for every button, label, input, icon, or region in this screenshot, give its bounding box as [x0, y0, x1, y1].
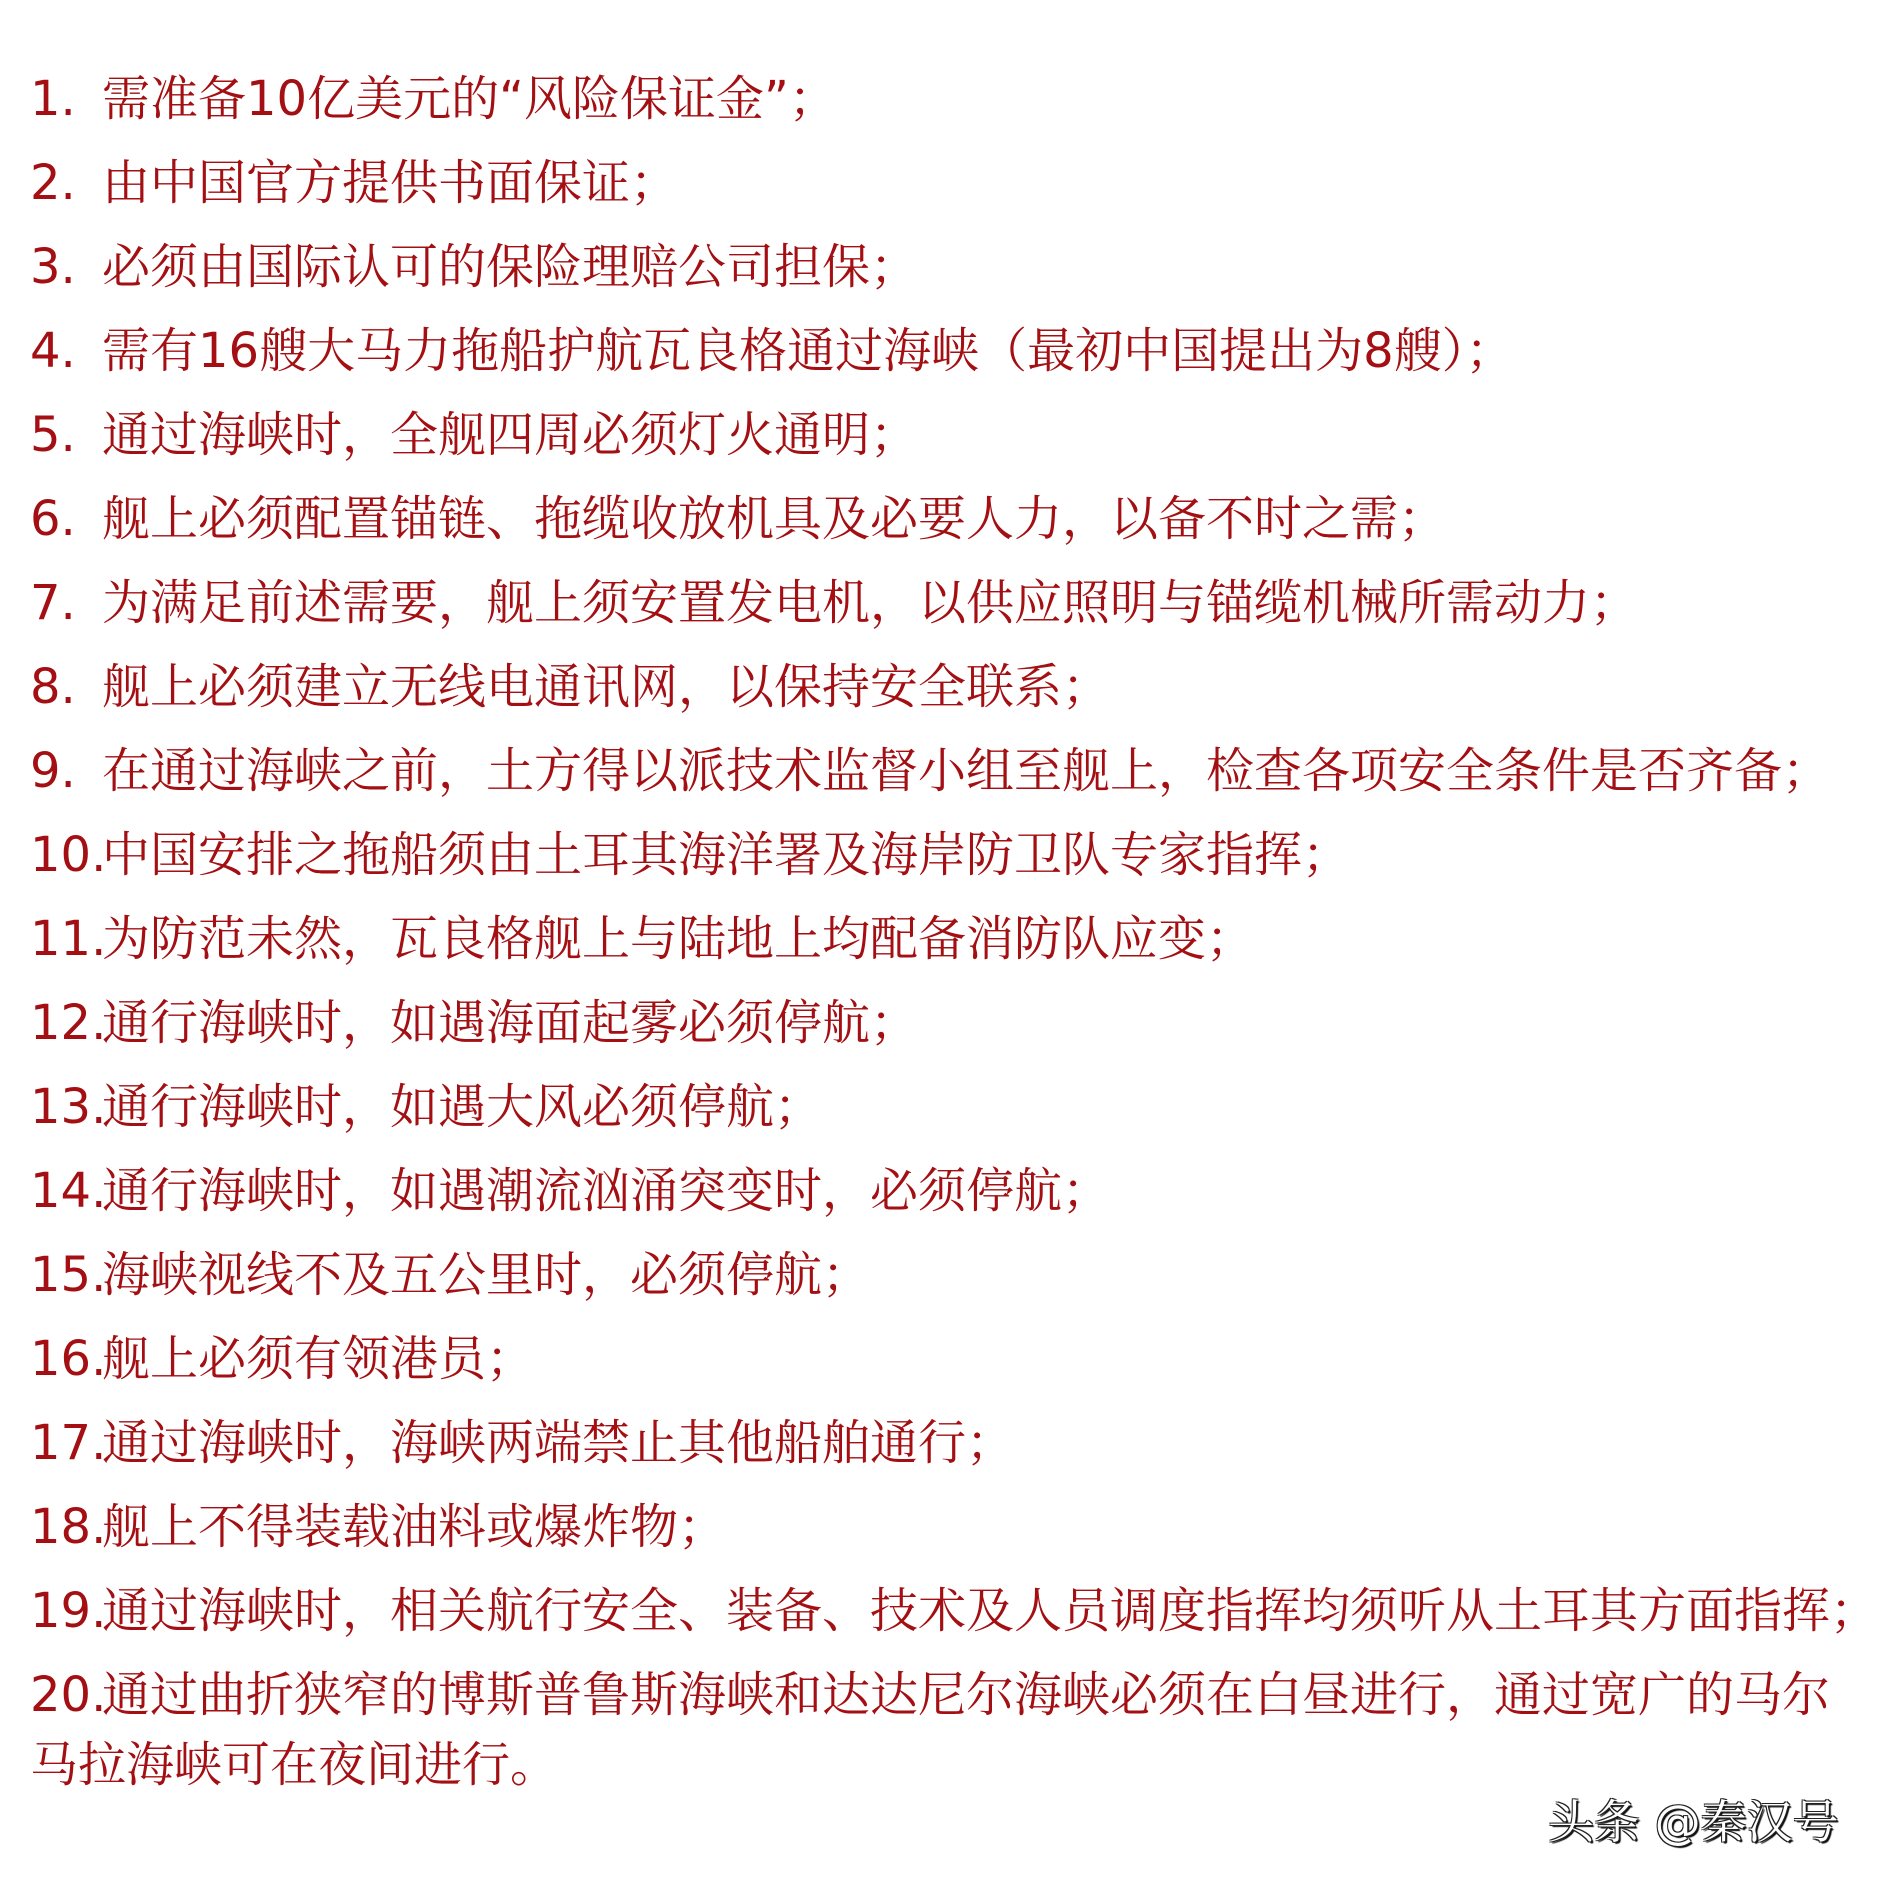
item-number: 7. — [30, 567, 102, 639]
list-item-3: 3.必须由国际认可的保险理赔公司担保； — [30, 231, 1870, 303]
item-number: 19. — [30, 1575, 102, 1647]
item-text: 通行海峡时，如遇大风必须停航； — [102, 1079, 822, 1135]
list-item-1: 1.需准备10亿美元的“风险保证金”； — [30, 63, 1870, 135]
item-number: 15. — [30, 1239, 102, 1311]
item-text-continuation: 马拉海峡可在夜间进行。 — [30, 1729, 1870, 1801]
item-text: 为满足前述需要，舰上须安置发电机，以供应照明与锚缆机械所需动力； — [102, 575, 1638, 631]
item-text: 舰上必须建立无线电通讯网，以保持安全联系； — [102, 659, 1110, 715]
item-number: 1. — [30, 63, 102, 135]
item-text: 通行海峡时，如遇海面起雾必须停航； — [102, 995, 918, 1051]
item-text: 通过曲折狭窄的博斯普鲁斯海峡和达达尼尔海峡必须在白昼进行，通过宽广的马尔 — [102, 1667, 1830, 1723]
item-text: 由中国官方提供书面保证； — [102, 155, 678, 211]
item-text: 海峡视线不及五公里时，必须停航； — [102, 1247, 870, 1303]
item-text: 通过海峡时，海峡两端禁止其他船舶通行； — [102, 1415, 1014, 1471]
item-number: 11. — [30, 903, 102, 975]
list-item-7: 7.为满足前述需要，舰上须安置发电机，以供应照明与锚缆机械所需动力； — [30, 567, 1870, 639]
list-item-8: 8.舰上必须建立无线电通讯网，以保持安全联系； — [30, 651, 1870, 723]
item-number: 10. — [30, 819, 102, 891]
item-number: 13. — [30, 1071, 102, 1143]
list-item-16: 16.舰上必须有领港员； — [30, 1323, 1870, 1395]
item-text: 舰上必须有领港员； — [102, 1331, 534, 1387]
item-number: 20. — [30, 1659, 102, 1731]
list-item-14: 14.通行海峡时，如遇潮流汹涌突变时，必须停航； — [30, 1155, 1870, 1227]
list-item-6: 6.舰上必须配置锚链、拖缆收放机具及必要人力，以备不时之需； — [30, 483, 1870, 555]
item-number: 2. — [30, 147, 102, 219]
item-number: 9. — [30, 735, 102, 807]
list-item-10: 10.中国安排之拖船须由土耳其海洋署及海岸防卫队专家指挥； — [30, 819, 1870, 891]
item-text: 舰上不得装载油料或爆炸物； — [102, 1499, 726, 1555]
list-item-13: 13.通行海峡时，如遇大风必须停航； — [30, 1071, 1870, 1143]
item-text: 通过海峡时，相关航行安全、装备、技术及人员调度指挥均须听从土耳其方面指挥； — [102, 1583, 1878, 1639]
conditions-list: 1.需准备10亿美元的“风险保证金”； 2.由中国官方提供书面保证； 3.必须由… — [30, 63, 1870, 1813]
item-text: 必须由国际认可的保险理赔公司担保； — [102, 239, 918, 295]
list-item-17: 17.通过海峡时，海峡两端禁止其他船舶通行； — [30, 1407, 1870, 1479]
item-text: 为防范未然，瓦良格舰上与陆地上均配备消防队应变； — [102, 911, 1254, 967]
item-text: 舰上必须配置锚链、拖缆收放机具及必要人力，以备不时之需； — [102, 491, 1446, 547]
item-text: 需准备10亿美元的“风险保证金”； — [102, 71, 837, 127]
source-watermark: 头条 @秦汉号 — [1548, 1792, 1839, 1852]
list-item-5: 5.通过海峡时，全舰四周必须灯火通明； — [30, 399, 1870, 471]
list-item-4: 4.需有16艘大马力拖船护航瓦良格通过海峡（最初中国提出为8艘）； — [30, 315, 1870, 387]
item-text: 需有16艘大马力拖船护航瓦良格通过海峡（最初中国提出为8艘）； — [102, 323, 1514, 379]
item-number: 16. — [30, 1323, 102, 1395]
list-item-18: 18.舰上不得装载油料或爆炸物； — [30, 1491, 1870, 1563]
list-item-2: 2.由中国官方提供书面保证； — [30, 147, 1870, 219]
item-number: 18. — [30, 1491, 102, 1563]
item-number: 6. — [30, 483, 102, 555]
item-number: 3. — [30, 231, 102, 303]
item-number: 4. — [30, 315, 102, 387]
list-item-11: 11.为防范未然，瓦良格舰上与陆地上均配备消防队应变； — [30, 903, 1870, 975]
list-item-12: 12.通行海峡时，如遇海面起雾必须停航； — [30, 987, 1870, 1059]
list-item-9: 9.在通过海峡之前，土方得以派技术监督小组至舰上，检查各项安全条件是否齐备； — [30, 735, 1870, 807]
item-number: 14. — [30, 1155, 102, 1227]
item-text: 通过海峡时，全舰四周必须灯火通明； — [102, 407, 918, 463]
list-item-19: 19.通过海峡时，相关航行安全、装备、技术及人员调度指挥均须听从土耳其方面指挥； — [30, 1575, 1870, 1647]
item-number: 12. — [30, 987, 102, 1059]
item-number: 17. — [30, 1407, 102, 1479]
item-number: 8. — [30, 651, 102, 723]
item-text: 中国安排之拖船须由土耳其海洋署及海岸防卫队专家指挥； — [102, 827, 1350, 883]
item-text: 通行海峡时，如遇潮流汹涌突变时，必须停航； — [102, 1163, 1110, 1219]
list-item-20: 20.通过曲折狭窄的博斯普鲁斯海峡和达达尼尔海峡必须在白昼进行，通过宽广的马尔 … — [30, 1659, 1870, 1801]
item-number: 5. — [30, 399, 102, 471]
item-text: 在通过海峡之前，土方得以派技术监督小组至舰上，检查各项安全条件是否齐备； — [102, 743, 1830, 799]
list-item-15: 15.海峡视线不及五公里时，必须停航； — [30, 1239, 1870, 1311]
